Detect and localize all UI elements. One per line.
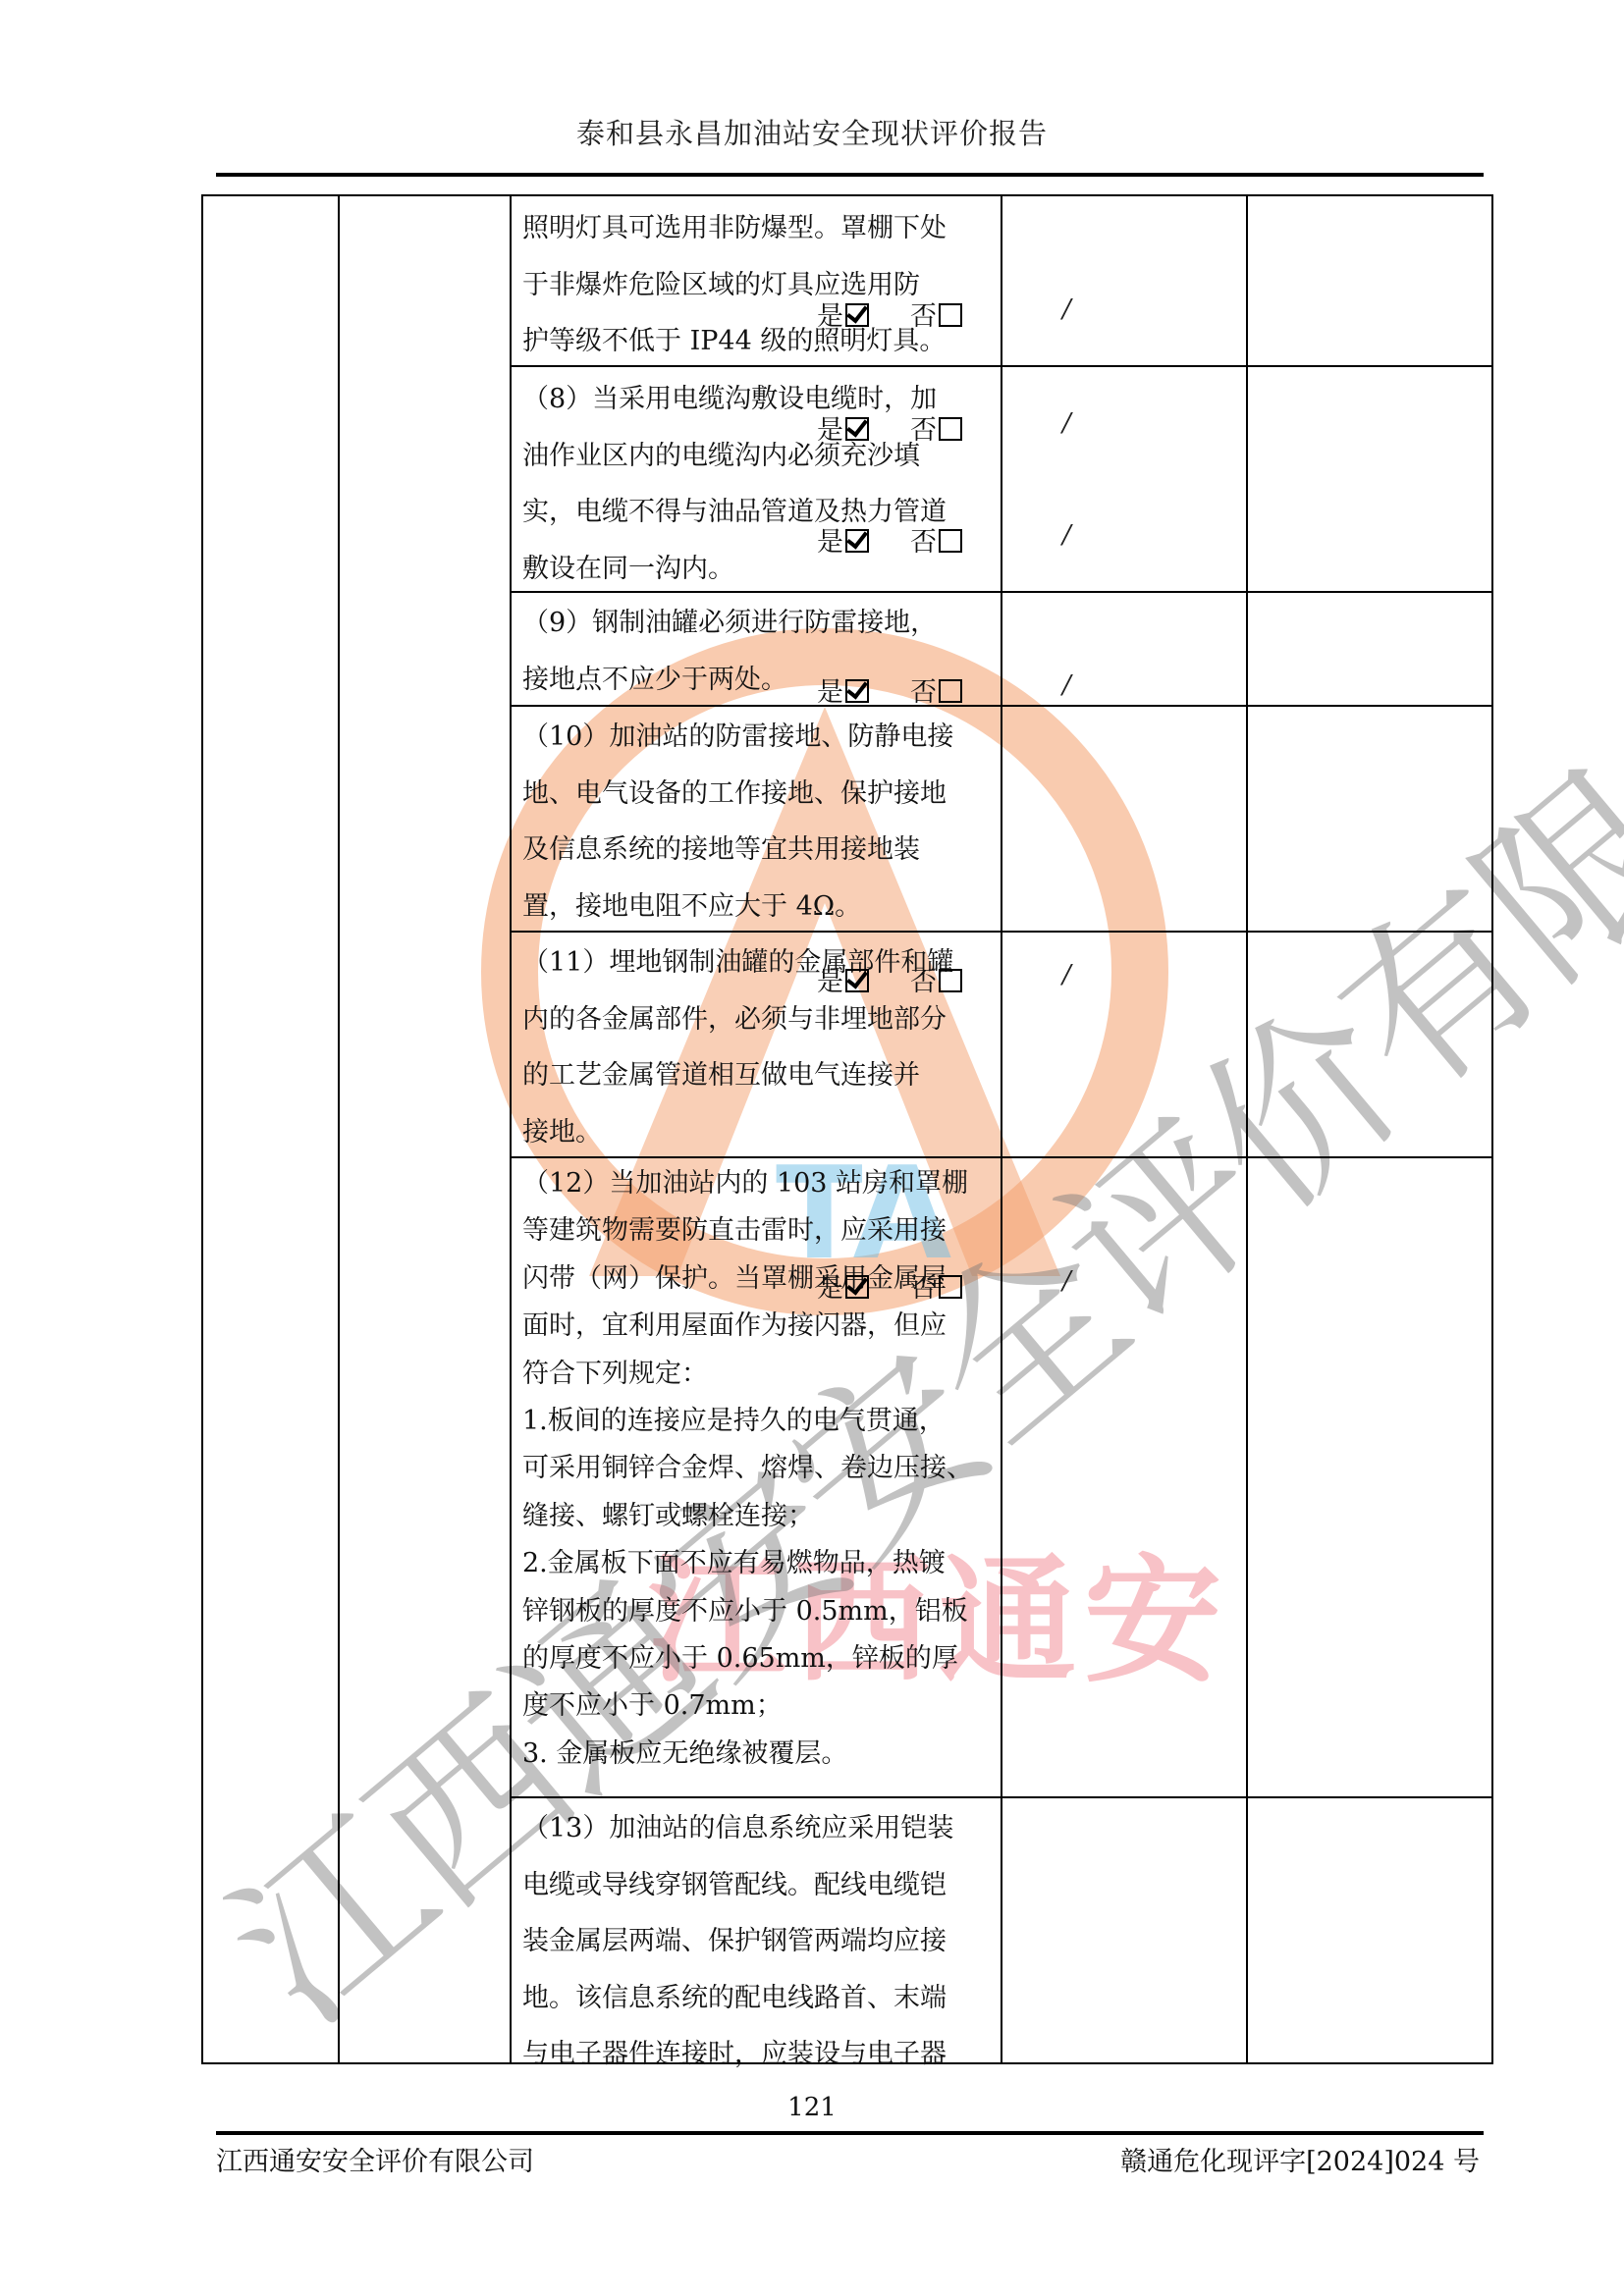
compliance-answer: 是否 [817,960,962,998]
yes-label: 是 [817,967,843,997]
compliance-answer: 是否 [817,294,962,333]
no-checkbox-icon[interactable] [939,679,962,703]
table-row-divider [510,1796,1493,1798]
no-label: 否 [910,1273,937,1304]
compliance-answer: 是否 [817,670,962,709]
requirement-text: （8）当采用电缆沟敷设电缆时，加 油作业区内的电缆沟内必须充沙填 实，电缆不得与… [522,371,994,597]
table-column-divider [1001,194,1002,2064]
requirement-text: （13）加油站的信息系统应采用铠装 电缆或导线穿钢管配线。配线电缆铠 装金属层两… [522,1800,994,2083]
inspection-table: 照明灯具可选用非防爆型。罩棚下处 于非爆炸危险区域的灯具应选用防 护等级不低于 … [201,194,1493,2064]
no-checkbox-icon[interactable] [939,1275,962,1299]
no-label: 否 [910,527,937,558]
requirement-text: （10）加油站的防雷接地、防静电接 地、电气设备的工作接地、保护接地 及信息系统… [522,709,994,934]
yes-checkbox-checked-icon[interactable] [845,1275,869,1299]
footer-company: 江西通安安全评价有限公司 [216,2140,534,2178]
yes-label: 是 [817,1273,843,1304]
remark-text: / [1062,520,1071,550]
no-checkbox-icon[interactable] [939,969,962,992]
table-column-divider [1246,194,1248,2064]
yes-checkbox-checked-icon[interactable] [845,679,869,703]
page-number: 121 [0,2093,1624,2122]
table-column-divider [510,194,512,2064]
no-checkbox-icon[interactable] [939,529,962,553]
yes-label: 是 [817,527,843,558]
table-border-left [201,194,203,2064]
requirement-text: 照明灯具可选用非防爆型。罩棚下处 于非爆炸危险区域的灯具应选用防 护等级不低于 … [522,200,994,370]
yes-checkbox-checked-icon[interactable] [845,969,869,992]
table-column-divider [338,194,340,2064]
yes-checkbox-checked-icon[interactable] [845,303,869,327]
table-border-right [1491,194,1493,2064]
no-checkbox-icon[interactable] [939,417,962,441]
no-label: 否 [910,967,937,997]
yes-label: 是 [817,415,843,446]
remark-text: / [1062,294,1071,324]
yes-label: 是 [817,677,843,708]
remark-text: / [1062,960,1071,989]
compliance-answer: 是否 [817,408,962,447]
yes-checkbox-checked-icon[interactable] [845,529,869,553]
header-divider [216,173,1484,177]
footer-document-number: 赣通危化现评字[2024]024 号 [1120,2140,1480,2178]
remark-text: / [1062,408,1071,438]
yes-checkbox-checked-icon[interactable] [845,417,869,441]
table-border-top [201,194,1493,196]
yes-label: 是 [817,301,843,332]
remark-text: / [1062,1266,1071,1296]
requirement-text: （12）当加油站内的 103 站房和罩棚 等建筑物需要防直击雷时，应采用接 闪带… [522,1160,994,1778]
remark-text: / [1062,670,1071,700]
no-label: 否 [910,677,937,708]
no-checkbox-icon[interactable] [939,303,962,327]
footer-divider [216,2131,1484,2135]
compliance-answer: 是否 [817,520,962,559]
no-label: 否 [910,301,937,332]
report-title: 泰和县永昌加油站安全现状评价报告 [0,112,1624,152]
no-label: 否 [910,415,937,446]
compliance-answer: 是否 [817,1266,962,1305]
